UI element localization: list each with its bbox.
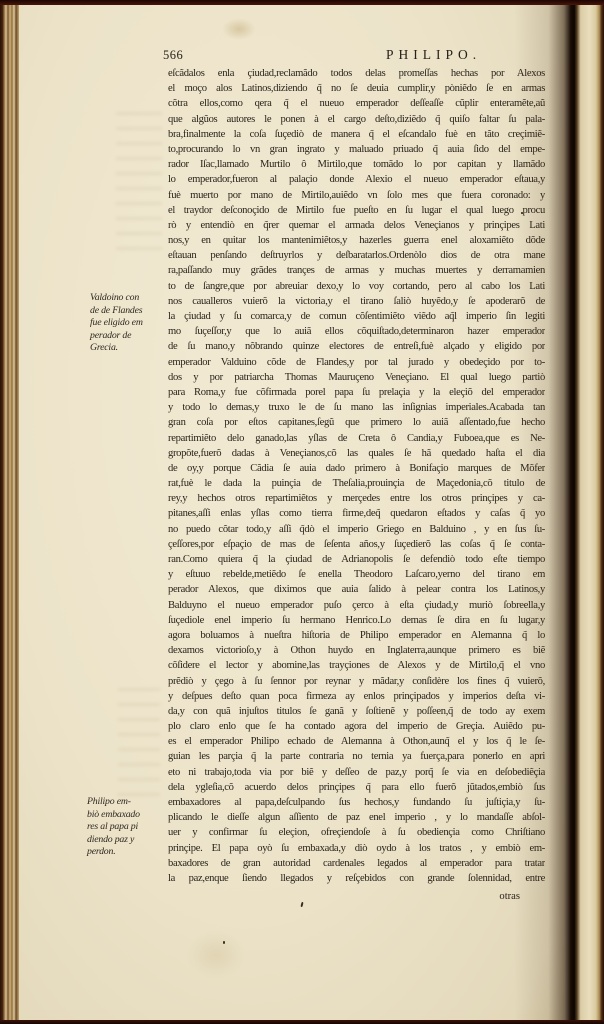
body-text-line: para Roma,y fue cõfirmada porel papa ſu … bbox=[168, 385, 545, 400]
body-text-line: baxadores de gran autoridad cardenales l… bbox=[168, 856, 545, 871]
margin-note-line: biò embaxado bbox=[87, 809, 167, 822]
body-text-line: cõſidere el lector y abomine,las trayçio… bbox=[168, 658, 545, 673]
paper-stain bbox=[186, 930, 246, 980]
body-text-line: ran.Como quiera q̃ la çiudad de Adrianop… bbox=[168, 552, 545, 567]
body-text-line: rò y entendiò en q̃rer quemar el armada … bbox=[168, 218, 545, 233]
margin-note-line: res al papa pi bbox=[87, 821, 167, 834]
body-text-line: plicando le dieſſe algun aſſiento de paz… bbox=[168, 810, 545, 825]
photo-frame-top bbox=[0, 0, 604, 5]
book-spine-page-edges bbox=[0, 0, 19, 1024]
body-text-line: dela ygleſia,cõ acuerdo delos prinçipes … bbox=[168, 780, 545, 795]
ink-speck bbox=[223, 941, 225, 944]
body-text-line: es el emperador Philipo echado de Aleman… bbox=[168, 734, 545, 749]
body-text-line: ra,paſſando muy grãdes trançes de armas … bbox=[168, 263, 545, 278]
body-text-line: la paz,enque ſiendo llegados y reſçebido… bbox=[168, 871, 545, 886]
body-text-line: fuè muerto por mano de Mirtilo,auiẽdo vn… bbox=[168, 188, 545, 203]
catchword: otras bbox=[168, 889, 520, 904]
running-title: PHILIPO. bbox=[386, 47, 481, 63]
body-text-line: rat,fuè le dada la puinçia de Theſalia,p… bbox=[168, 476, 545, 491]
body-text-line: de ſu mano,y nõbrando quinze electores d… bbox=[168, 339, 545, 354]
body-text-line: perador Alexos, que diximos que auia ſal… bbox=[168, 582, 545, 597]
body-text-line: y deſpues deſto quan poca firmeza ay enl… bbox=[168, 689, 545, 704]
body-text-line: cõtra ellos,como qera q̃ el nueuo empera… bbox=[168, 96, 545, 111]
body-text-line: dos y por patriarcha Thomas Mauruçeno Ve… bbox=[168, 370, 545, 385]
body-text-line: y eſtuuo rebelde,metiẽdo ſe enella Theod… bbox=[168, 567, 545, 582]
margin-note-valduino-elected: Valdoino conde de Flandesfue eligido emp… bbox=[90, 292, 170, 355]
body-text-line: pitanes,aſſi enlas yſlas como tierra fir… bbox=[168, 506, 545, 521]
margin-note-line: Grecia. bbox=[90, 342, 170, 355]
body-text-line: emperador Valduino cõde de Flandes,y por… bbox=[168, 355, 545, 370]
body-text-line: çeſſores,por eſpaçio de mas de ſeſenta a… bbox=[168, 537, 545, 552]
body-text-line: to de ſangre,que por abreuiar dexo,y lo … bbox=[168, 279, 545, 294]
body-text-line: el moço alos Latinos,diziendo q̃ no ſe d… bbox=[168, 81, 545, 96]
body-text-line: lo emperador,fueron al palaçio donde Ale… bbox=[168, 172, 545, 187]
photo-frame-bottom bbox=[0, 1020, 604, 1024]
body-text-line: de oy,y porque Cãdia ſe auia dado primer… bbox=[168, 461, 545, 476]
margin-note-line: Valdoino con bbox=[90, 292, 170, 305]
body-text-line: to,procurando lo vn gran ingrato y malua… bbox=[168, 142, 545, 157]
body-text-line: que algũos autores le ponen à el cargo d… bbox=[168, 112, 545, 127]
body-text-line: eſtauan penſando deſtruyrlos y deſbarata… bbox=[168, 248, 545, 263]
body-text-line: repartimiẽto delo ganado,las yſlas de Cr… bbox=[168, 431, 545, 446]
book-page-photo: 566 PHILIPO. eſcãdalos enla çiudad,recla… bbox=[0, 0, 604, 1024]
body-text-line: bra,finalmente la coſa ſuçediò de manera… bbox=[168, 127, 545, 142]
body-text-line: rador Iſac,llamado Murtilo ô Mirtilo,que… bbox=[168, 157, 545, 172]
margin-note-line: fue eligido em bbox=[90, 317, 170, 330]
body-text-line: rey,y hechos otros repartimiẽtos y merçe… bbox=[168, 491, 545, 506]
body-text-line: Balduyno el nueuo emperador puſo çerco à… bbox=[168, 598, 545, 613]
body-text-line: no puedo cõtar todo,y aſſi q̃dò el imper… bbox=[168, 522, 545, 537]
body-text-line: dexamos victorioſo,y à Othon huydo en In… bbox=[168, 643, 545, 658]
folio-number: 566 bbox=[163, 48, 183, 63]
body-text-line: eto ni trabajo,toda via por biẽ y deſſeo… bbox=[168, 765, 545, 780]
body-text-line: y todo lo demas,y truxo le de ſu mano la… bbox=[168, 400, 545, 415]
body-text-line: eſcãdalos enla çiudad,reclamãdo todos de… bbox=[168, 66, 545, 81]
margin-note-line: diendo paz y bbox=[87, 834, 167, 847]
show-through-smudge bbox=[118, 688, 160, 808]
body-text-line: guian les parçia q̃ la parte contraria n… bbox=[168, 749, 545, 764]
body-text-line: gropõte,fuerõ dadas à Veneçianos,cõ las … bbox=[168, 446, 545, 461]
body-text-line: la çiudad y ſu comarca,y de comun cõſent… bbox=[168, 309, 545, 324]
body-text-line: prinçipe. El papa oyò ſu embaxada,y diò … bbox=[168, 841, 545, 856]
body-text-line: gran coſa por eſtos capitanes,ſegũ que p… bbox=[168, 415, 545, 430]
body-text-line: ſuçediole enel imperio ſu hermano Henric… bbox=[168, 613, 545, 628]
body-text-line: el traydor deſconoçido de Mirtilo fue pu… bbox=[168, 203, 545, 218]
body-text-line: agora boluamos à nueſtra hiſtoria de Phi… bbox=[168, 628, 545, 643]
body-text: eſcãdalos enla çiudad,reclamãdo todos de… bbox=[168, 66, 545, 890]
show-through-smudge bbox=[116, 112, 162, 262]
body-text-line: plo claro enlo que ſe ha contado agora d… bbox=[168, 719, 545, 734]
body-text-line: mo ſuçeſſor,y que lo auiã ellos cõquiſta… bbox=[168, 324, 545, 339]
margin-note-line: de de Flandes bbox=[90, 305, 170, 318]
paper-stain bbox=[222, 18, 256, 40]
body-text-line: nos caualleros vuierõ la victoria,y el t… bbox=[168, 294, 545, 309]
margin-note-line: perador de bbox=[90, 330, 170, 343]
body-text-line: nos,y en quitar los mantenimiẽtos,y haze… bbox=[168, 233, 545, 248]
body-text-line: da,y con quã injuſtos titulos ſe ganã y … bbox=[168, 704, 545, 719]
body-text-line: prẽdiò y çego à ſu ſennor por reynar y m… bbox=[168, 674, 545, 689]
body-text-line: uer y confirmar ſu eleçion, ofreçiendoſe… bbox=[168, 825, 545, 840]
margin-note-line: perdon. bbox=[87, 846, 167, 859]
body-text-line: embaxadores al papa,deſculpando ſus hech… bbox=[168, 795, 545, 810]
book-gutter-and-facing-page bbox=[514, 0, 604, 1024]
